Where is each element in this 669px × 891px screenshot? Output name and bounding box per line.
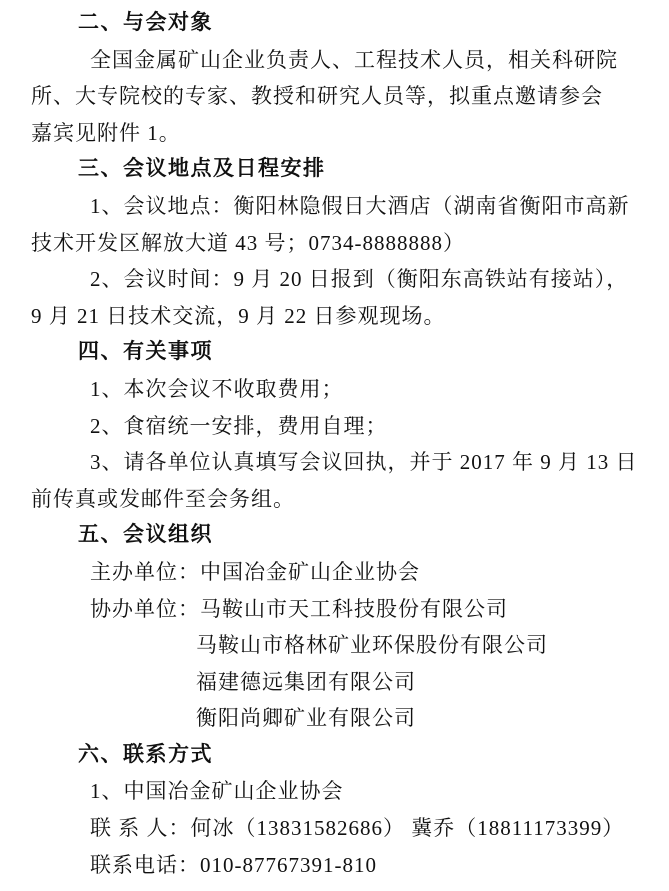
paragraph-line: 1、会议地点：衡阳林隐假日大酒店（湖南省衡阳市高新 [31, 188, 669, 225]
paragraph-line: 1、本次会议不收取费用； [31, 371, 669, 408]
co-organizer-line: 衡阳尚卿矿业有限公司 [31, 700, 669, 737]
paragraph-line: 2、会议时间：9 月 20 日报到（衡阳东高铁站有接站）， [31, 261, 669, 298]
contact-phone-line: 联系电话：010-87767391-810 [31, 847, 669, 884]
section-heading-notes: 四、有关事项 [31, 334, 669, 371]
section-heading-organizers: 五、会议组织 [31, 517, 669, 554]
contact-person-line: 联 系 人：何冰（13831582686） 冀乔（18811173399） [31, 810, 669, 847]
paragraph-line: 前传真或发邮件至会务组。 [31, 481, 669, 518]
paragraph-line: 全国金属矿山企业负责人、工程技术人员，相关科研院 [31, 42, 669, 79]
paragraph-line: 嘉宾见附件 1。 [31, 115, 669, 152]
paragraph-line: 所、大专院校的专家、教授和研究人员等，拟重点邀请参会 [31, 78, 669, 115]
paragraph-line: 9 月 21 日技术交流，9 月 22 日参观现场。 [31, 298, 669, 335]
section-heading-contact: 六、联系方式 [31, 737, 669, 774]
organizer-line: 主办单位：中国冶金矿山企业协会 [31, 554, 669, 591]
contact-org-line: 1、中国冶金矿山企业协会 [31, 773, 669, 810]
document-page: 二、与会对象 全国金属矿山企业负责人、工程技术人员，相关科研院 所、大专院校的专… [0, 0, 669, 891]
paragraph-line: 2、食宿统一安排，费用自理； [31, 408, 669, 445]
co-organizer-line: 协办单位：马鞍山市天工科技股份有限公司 [31, 591, 669, 628]
co-organizer-line: 马鞍山市格林矿业环保股份有限公司 [31, 627, 669, 664]
co-organizer-line: 福建德远集团有限公司 [31, 664, 669, 701]
paragraph-line: 3、请各单位认真填写会议回执，并于 2017 年 9 月 13 日 [31, 444, 669, 481]
section-heading-attendees: 二、与会对象 [31, 5, 669, 42]
section-heading-venue-schedule: 三、会议地点及日程安排 [31, 151, 669, 188]
paragraph-line: 技术开发区解放大道 43 号；0734-8888888） [31, 225, 669, 262]
